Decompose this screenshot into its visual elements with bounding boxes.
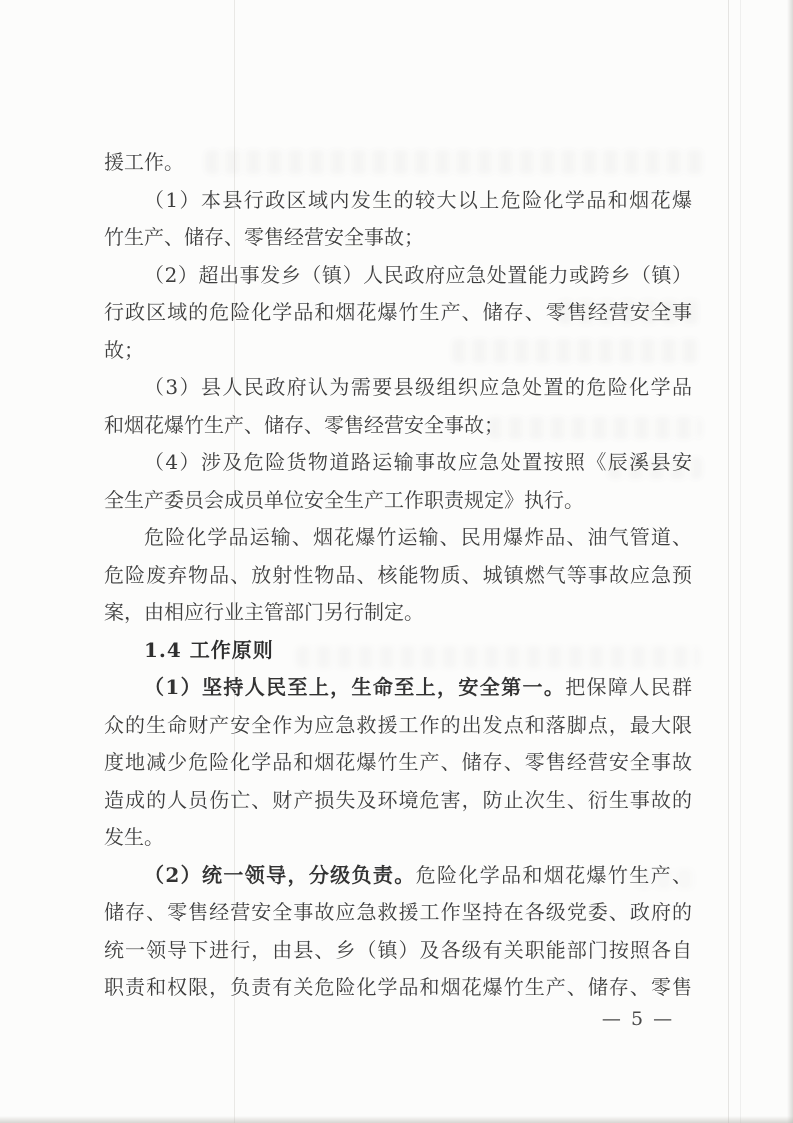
body-line-7: （3）县人民政府认为需要县级组织应急处置的危险化学品 [104, 369, 692, 407]
body-line-4: （2）超出事发乡（镇）人民政府应急处置能力或跨乡（镇） [104, 257, 692, 295]
body-line-1: 援工作。 [104, 144, 692, 182]
text-run: 把保障人民群 [565, 675, 692, 699]
body-line-9: （4）涉及危险货物道路运输事故应急处置按照《辰溪县安 [104, 444, 692, 482]
scan-fold-line-right [728, 0, 729, 1123]
scan-fold-line-right-2 [740, 0, 741, 1123]
body-line-6: 故； [104, 332, 692, 370]
body-line-13: 案，由相应行业主管部门另行制定。 [104, 594, 692, 632]
body-line-11: 危险化学品运输、烟花爆竹运输、民用爆炸品、油气管道、 [104, 519, 692, 557]
body-line-15: （1）坚持人民至上，生命至上，安全第一。把保障人民群 [104, 669, 692, 707]
body-line-5: 行政区域的危险化学品和烟花爆竹生产、储存、零售经营安全事 [104, 294, 692, 332]
body-line-18: 造成的人员伤亡、财产损失及环境危害，防止次生、衍生事故的 [104, 782, 692, 820]
page-edge-shadow-bottom [0, 1116, 793, 1123]
body-line-21: 储存、零售经营安全事故应急救援工作坚持在各级党委、政府的 [104, 894, 692, 932]
body-line-23: 职责和权限，负责有关危险化学品和烟花爆竹生产、储存、零售 [104, 969, 692, 1007]
document-body: 援工作。 （1）本县行政区域内发生的较大以上危险化学品和烟花爆 竹生产、储存、零… [104, 144, 692, 1007]
body-line-22: 统一领导下进行，由县、乡（镇）及各级有关职能部门按照各自 [104, 932, 692, 970]
scanned-document-page: 援工作。 （1）本县行政区域内发生的较大以上危险化学品和烟花爆 竹生产、储存、零… [0, 0, 793, 1123]
body-line-8: 和烟花爆竹生产、储存、零售经营安全事故； [104, 407, 692, 445]
body-line-19: 发生。 [104, 819, 692, 857]
body-line-3: 竹生产、储存、零售经营安全事故； [104, 219, 692, 257]
bold-lead-run: （1）坚持人民至上，生命至上，安全第一。 [144, 675, 565, 699]
page-edge-shadow-right [787, 0, 793, 1123]
body-line-2: （1）本县行政区域内发生的较大以上危险化学品和烟花爆 [104, 182, 692, 220]
bold-lead-run: （2）统一领导，分级负责。 [144, 863, 416, 887]
text-run: 危险化学品和烟花爆竹生产、 [416, 863, 692, 887]
heading-1-4-work-principles: 1.4 工作原则 [104, 632, 692, 670]
body-line-12: 危险废弃物品、放射性物品、核能物质、城镇燃气等事故应急预 [104, 557, 692, 595]
body-line-16: 众的生命财产安全作为应急救援工作的出发点和落脚点，最大限 [104, 707, 692, 745]
body-line-10: 全生产委员会成员单位安全生产工作职责规定》执行。 [104, 482, 692, 520]
page-number: — 5 — [573, 1007, 703, 1031]
body-line-20: （2）统一领导，分级负责。危险化学品和烟花爆竹生产、 [104, 857, 692, 895]
body-line-17: 度地减少危险化学品和烟花爆竹生产、储存、零售经营安全事故 [104, 744, 692, 782]
